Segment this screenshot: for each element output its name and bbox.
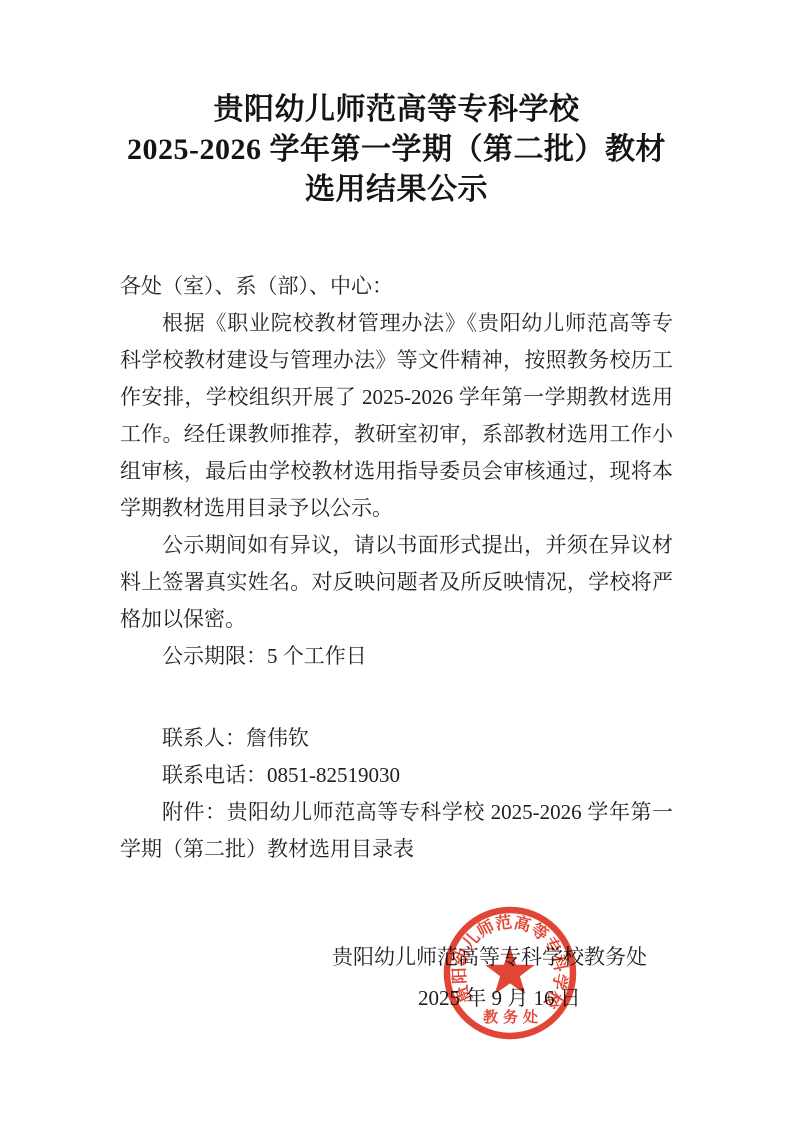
official-seal-graphic: 贵阳幼儿师范高等专科学校 教务处 [442,905,578,1041]
attachment-line: 附件：贵阳幼儿师范高等专科学校 2025-2026 学年第一学期（第二批）教材选… [120,794,673,868]
signature-department: 贵阳幼儿师范高等专科学校教务处 [332,944,647,970]
title-school-name: 贵阳幼儿师范高等专科学校 [120,90,673,130]
seal-ring [447,910,573,1036]
title-subject: 2025-2026 学年第一学期（第二批）教材选用结果公示 [120,130,673,210]
salutation-line: 各处（室）、系（部）、中心： [120,268,673,305]
document-body: 各处（室）、系（部）、中心： 根据《职业院校教材管理办法》《贵阳幼儿师范高等专科… [120,268,673,868]
signature-date: 2025 年 9 月 16 日 [418,985,581,1011]
official-seal: 贵阳幼儿师范高等专科学校 教务处 [442,905,578,1041]
document-page: 贵阳幼儿师范高等专科学校 2025-2026 学年第一学期（第二批）教材选用结果… [0,0,793,1122]
contact-phone-line: 联系电话：0851-82519030 [120,757,673,794]
publicity-period-line: 公示期限：5 个工作日 [120,638,673,675]
document-title: 贵阳幼儿师范高等专科学校 2025-2026 学年第一学期（第二批）教材选用结果… [120,90,673,210]
paragraph-objection-notice: 公示期间如有异议，请以书面形式提出，并须在异议材料上签署真实姓名。对反映问题者及… [120,527,673,638]
contact-person-line: 联系人：詹伟钦 [120,720,673,757]
paragraph-selection-process: 根据《职业院校教材管理办法》《贵阳幼儿师范高等专科学校教材建设与管理办法》等文件… [120,305,673,527]
blank-line-spacer [120,675,673,720]
